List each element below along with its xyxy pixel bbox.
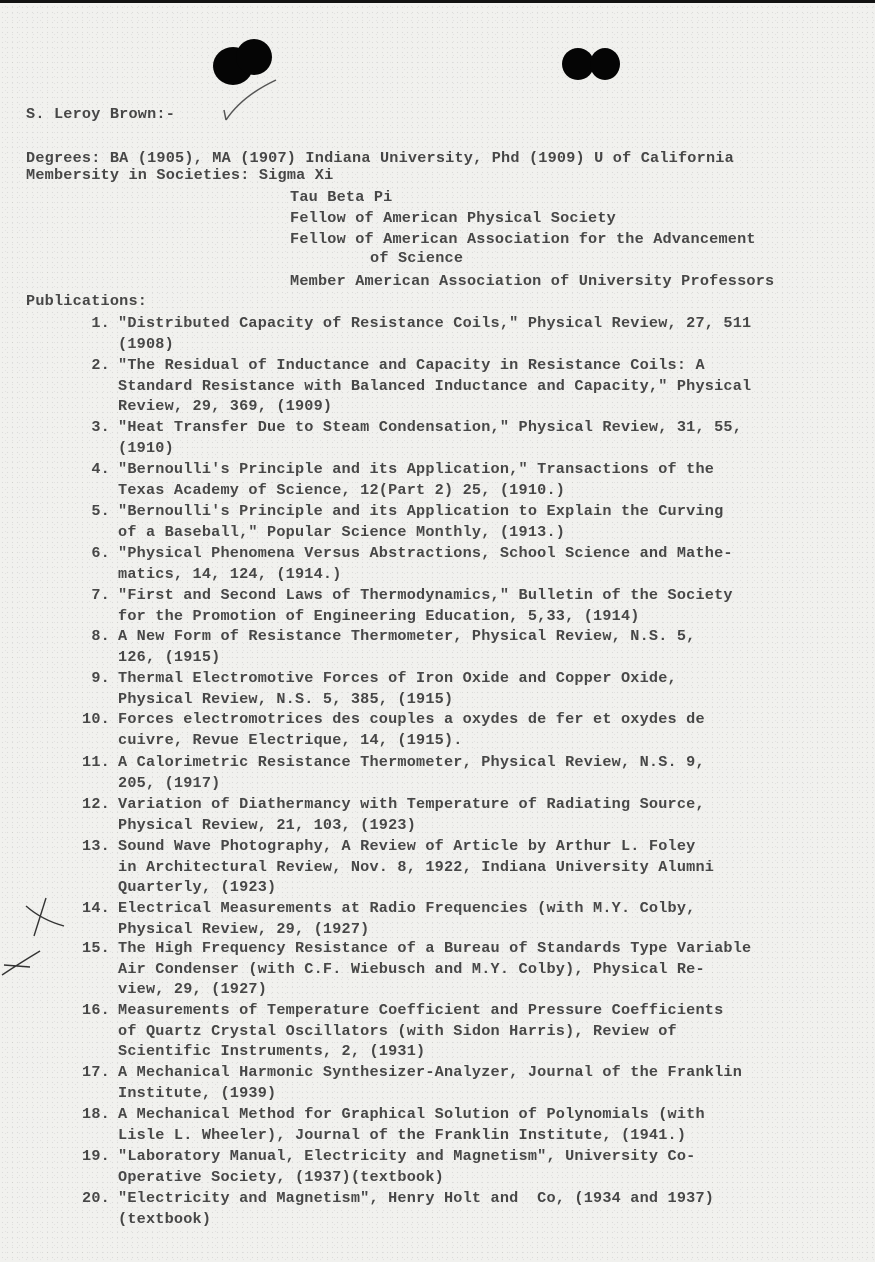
publication-line: Physical Review, N.S. 5, 385, (1915) — [118, 691, 453, 708]
publication-line: Scientific Instruments, 2, (1931) — [118, 1043, 425, 1060]
publication-line: Lisle L. Wheeler), Journal of the Frankl… — [118, 1127, 686, 1144]
degrees-value: BA (1905), MA (1907) Indiana University,… — [110, 149, 734, 167]
publication-line: Electrical Measurements at Radio Frequen… — [118, 900, 695, 917]
publication-line: Forces electromotrices des couples a oxy… — [118, 711, 705, 728]
publication-line: Texas Academy of Science, 12(Part 2) 25,… — [118, 482, 565, 499]
publication-number: 13. — [66, 838, 110, 855]
publication-line: Standard Resistance with Balanced Induct… — [118, 378, 751, 395]
publication-number: 1. — [66, 315, 110, 332]
publication-line: "The Residual of Inductance and Capacity… — [118, 357, 705, 374]
publications-label: Publications: — [26, 293, 147, 310]
checkmark-icon — [220, 74, 280, 124]
membership-item: Sigma Xi — [259, 166, 334, 184]
publication-number: 16. — [66, 1002, 110, 1019]
publication-number: 15. — [66, 940, 110, 957]
publication-number: 11. — [66, 754, 110, 771]
publication-line: 126, (1915) — [118, 649, 220, 666]
membership-line: Membersity in Societies: Sigma Xi — [26, 167, 333, 184]
publication-line: A New Form of Resistance Thermometer, Ph… — [118, 628, 695, 645]
publication-line: A Mechanical Harmonic Synthesizer-Analyz… — [118, 1064, 742, 1081]
publication-number: 7. — [66, 587, 110, 604]
name-line: S. Leroy Brown:- — [26, 106, 175, 123]
degrees-label: Degrees: — [26, 149, 101, 167]
publication-line: The High Frequency Resistance of a Burea… — [118, 940, 751, 957]
publication-line: (1908) — [118, 336, 174, 353]
publication-number: 19. — [66, 1148, 110, 1165]
membership-item: Fellow of American Physical Society — [290, 210, 616, 227]
publication-number: 8. — [66, 628, 110, 645]
membership-label: Membersity in Societies: — [26, 166, 250, 184]
membership-item: Member American Association of Universit… — [290, 273, 774, 290]
publication-line: A Mechanical Method for Graphical Soluti… — [118, 1106, 705, 1123]
publication-number: 17. — [66, 1064, 110, 1081]
publication-line: Variation of Diathermancy with Temperatu… — [118, 796, 705, 813]
publication-line: 205, (1917) — [118, 775, 220, 792]
publication-line: "Bernoulli's Principle and its Applicati… — [118, 503, 723, 520]
publication-line: "Laboratory Manual, Electricity and Magn… — [118, 1148, 695, 1165]
membership-item: of Science — [370, 250, 463, 267]
publication-number: 9. — [66, 670, 110, 687]
publication-line: (textbook) — [118, 1211, 211, 1228]
publication-number: 12. — [66, 796, 110, 813]
publication-line: for the Promotion of Engineering Educati… — [118, 608, 640, 625]
publication-line: Physical Review, 29, (1927) — [118, 921, 369, 938]
publication-line: "Distributed Capacity of Resistance Coil… — [118, 315, 751, 332]
publication-number: 10. — [66, 711, 110, 728]
publication-line: of a Baseball," Popular Science Monthly,… — [118, 524, 565, 541]
publication-line: Physical Review, 21, 103, (1923) — [118, 817, 416, 834]
publication-line: "Electricity and Magnetism", Henry Holt … — [118, 1190, 714, 1207]
publication-number: 6. — [66, 545, 110, 562]
scan-top-edge — [0, 0, 875, 3]
publication-line: "Physical Phenomena Versus Abstractions,… — [118, 545, 733, 562]
publication-number: 18. — [66, 1106, 110, 1123]
publication-line: "First and Second Laws of Thermodynamics… — [118, 587, 733, 604]
publication-line: "Bernoulli's Principle and its Applicati… — [118, 461, 714, 478]
degrees-line: Degrees: BA (1905), MA (1907) Indiana Un… — [26, 150, 734, 167]
publication-line: Review, 29, 369, (1909) — [118, 398, 332, 415]
punch-hole-left — [236, 39, 272, 75]
publication-number: 14. — [66, 900, 110, 917]
membership-item: Tau Beta Pi — [290, 189, 392, 206]
publication-line: Thermal Electromotive Forces of Iron Oxi… — [118, 670, 677, 687]
publication-line: Operative Society, (1937)(textbook) — [118, 1169, 444, 1186]
publication-line: Sound Wave Photography, A Review of Arti… — [118, 838, 695, 855]
dash-mark-icon — [0, 945, 52, 981]
publication-line: A Calorimetric Resistance Thermometer, P… — [118, 754, 705, 771]
punch-hole-right — [590, 48, 620, 80]
publication-line: Quarterly, (1923) — [118, 879, 276, 896]
publication-line: cuivre, Revue Electrique, 14, (1915). — [118, 732, 463, 749]
publication-line: Air Condenser (with C.F. Wiebusch and M.… — [118, 961, 705, 978]
publication-line: of Quartz Crystal Oscillators (with Sido… — [118, 1023, 677, 1040]
publication-line: Measurements of Temperature Coefficient … — [118, 1002, 723, 1019]
publication-line: matics, 14, 124, (1914.) — [118, 566, 342, 583]
publication-line: "Heat Transfer Due to Steam Condensation… — [118, 419, 742, 436]
x-mark-icon — [16, 896, 68, 940]
publication-line: in Architectural Review, Nov. 8, 1922, I… — [118, 859, 714, 876]
publication-line: view, 29, (1927) — [118, 981, 267, 998]
publication-line: (1910) — [118, 440, 174, 457]
publication-number: 2. — [66, 357, 110, 374]
publication-number: 20. — [66, 1190, 110, 1207]
publication-number: 4. — [66, 461, 110, 478]
publication-number: 3. — [66, 419, 110, 436]
publication-line: Institute, (1939) — [118, 1085, 276, 1102]
publication-number: 5. — [66, 503, 110, 520]
membership-item: Fellow of American Association for the A… — [290, 231, 756, 248]
